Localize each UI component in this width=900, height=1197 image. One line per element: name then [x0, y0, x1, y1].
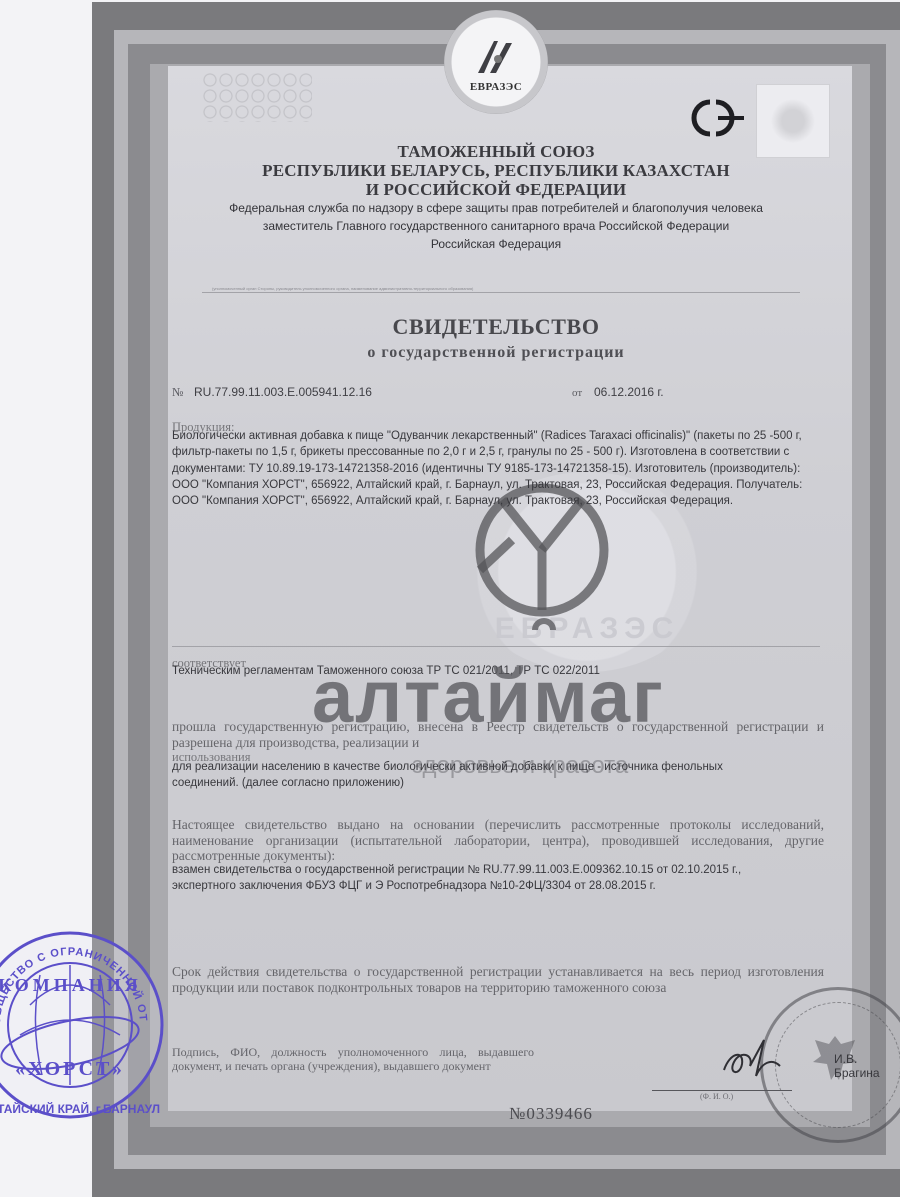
certificate-subtitle: о государственной регистрации	[92, 344, 900, 362]
service-line-3: Российская Федерация	[152, 236, 840, 253]
product-description: Биологически активная добавка к пище "Од…	[172, 428, 822, 509]
signature-caption: Подпись, ФИО, должность уполномоченного …	[172, 1045, 534, 1073]
union-line-1: ТАМОЖЕННЫЙ СОЮЗ	[152, 142, 840, 161]
eurasec-emblem-icon: ЕВРАЗЭС	[444, 10, 548, 114]
union-line-2: РЕСПУБЛИКИ БЕЛАРУСЬ, РЕСПУБЛИКИ КАЗАХСТА…	[152, 161, 840, 180]
svg-text:«ХОРСТ»: «ХОРСТ»	[15, 1058, 125, 1080]
fineprint-rule-2	[172, 646, 820, 647]
number-label: №	[172, 385, 183, 400]
validity-text: Срок действия свидетельства о государств…	[172, 964, 824, 995]
guilloche-pattern	[202, 72, 312, 122]
signature-line	[652, 1090, 792, 1091]
company-seal: ОБЩЕСТВО С ОГРАНИЧЕННОЙ ОТВЕТСТВЕННОСТЬЮ…	[0, 925, 170, 1125]
signer-name: И.В. Брагина	[834, 1052, 900, 1080]
name-caption: (Ф. И. О.)	[700, 1092, 733, 1101]
registration-statement: прошла государственную регистрацию, внес…	[172, 719, 824, 750]
svg-text:АЛТАЙСКИЙ КРАЙ, г.БАРНАУЛ: АЛТАЙСКИЙ КРАЙ, г.БАРНАУЛ	[0, 1101, 160, 1116]
signature	[720, 1032, 800, 1082]
se-conformity-mark-icon	[680, 96, 750, 140]
form-number: №0339466	[92, 1104, 900, 1124]
svg-text:КОМПАНИЯ: КОМПАНИЯ	[0, 975, 142, 995]
fineprint-header: (уполномоченный орган Стороны, руководит…	[212, 286, 790, 291]
service-line-1: Федеральная служба по надзору в сфере за…	[152, 200, 840, 217]
emblem-label: ЕВРАЗЭС	[470, 81, 522, 93]
usage-text: для реализации населению в качестве биол…	[172, 759, 732, 792]
basis-label: Настоящее свидетельство выдано на основа…	[172, 817, 824, 864]
fineprint-rule	[202, 292, 800, 293]
service-line-2: заместитель Главного государственного са…	[152, 218, 840, 235]
certificate-title: СВИДЕТЕЛЬСТВО	[92, 314, 900, 340]
basis-text: взамен свидетельства о государственной р…	[172, 862, 792, 895]
registration-number: RU.77.99.11.003.E.005941.12.16	[194, 385, 372, 399]
issuer-header: ТАМОЖЕННЫЙ СОЮЗ РЕСПУБЛИКИ БЕЛАРУСЬ, РЕС…	[152, 142, 840, 253]
certificate-sheet: ЕВРАЗЭС ТАМОЖЕННЫЙ СОЮЗ РЕСПУБЛИКИ БЕЛАР…	[92, 2, 900, 1197]
union-line-3: И РОССИЙСКОЙ ФЕДЕРАЦИИ	[152, 180, 840, 199]
registration-line: № RU.77.99.11.003.E.005941.12.16 от 06.1…	[172, 385, 820, 403]
date-label: от	[572, 387, 582, 399]
registration-date: 06.12.2016 г.	[594, 385, 664, 399]
